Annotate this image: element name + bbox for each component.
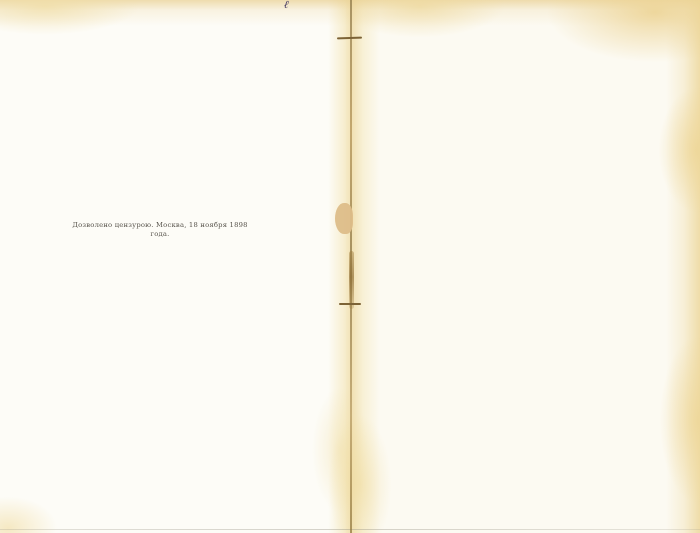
paper-stain (335, 203, 353, 234)
book-scan: Дозволено цензурою. Москва, 18 ноября 18… (0, 0, 700, 533)
gutter-stain-streak (349, 251, 354, 309)
censor-note: Дозволено цензурою. Москва, 18 ноября 18… (68, 221, 252, 239)
right-page: I. Матеріалы для заготовки шляпныхъ форм… (346, 0, 700, 533)
binding-stitch-middle (339, 303, 361, 305)
left-page: Дозволено цензурою. Москва, 18 ноября 18… (0, 0, 346, 533)
